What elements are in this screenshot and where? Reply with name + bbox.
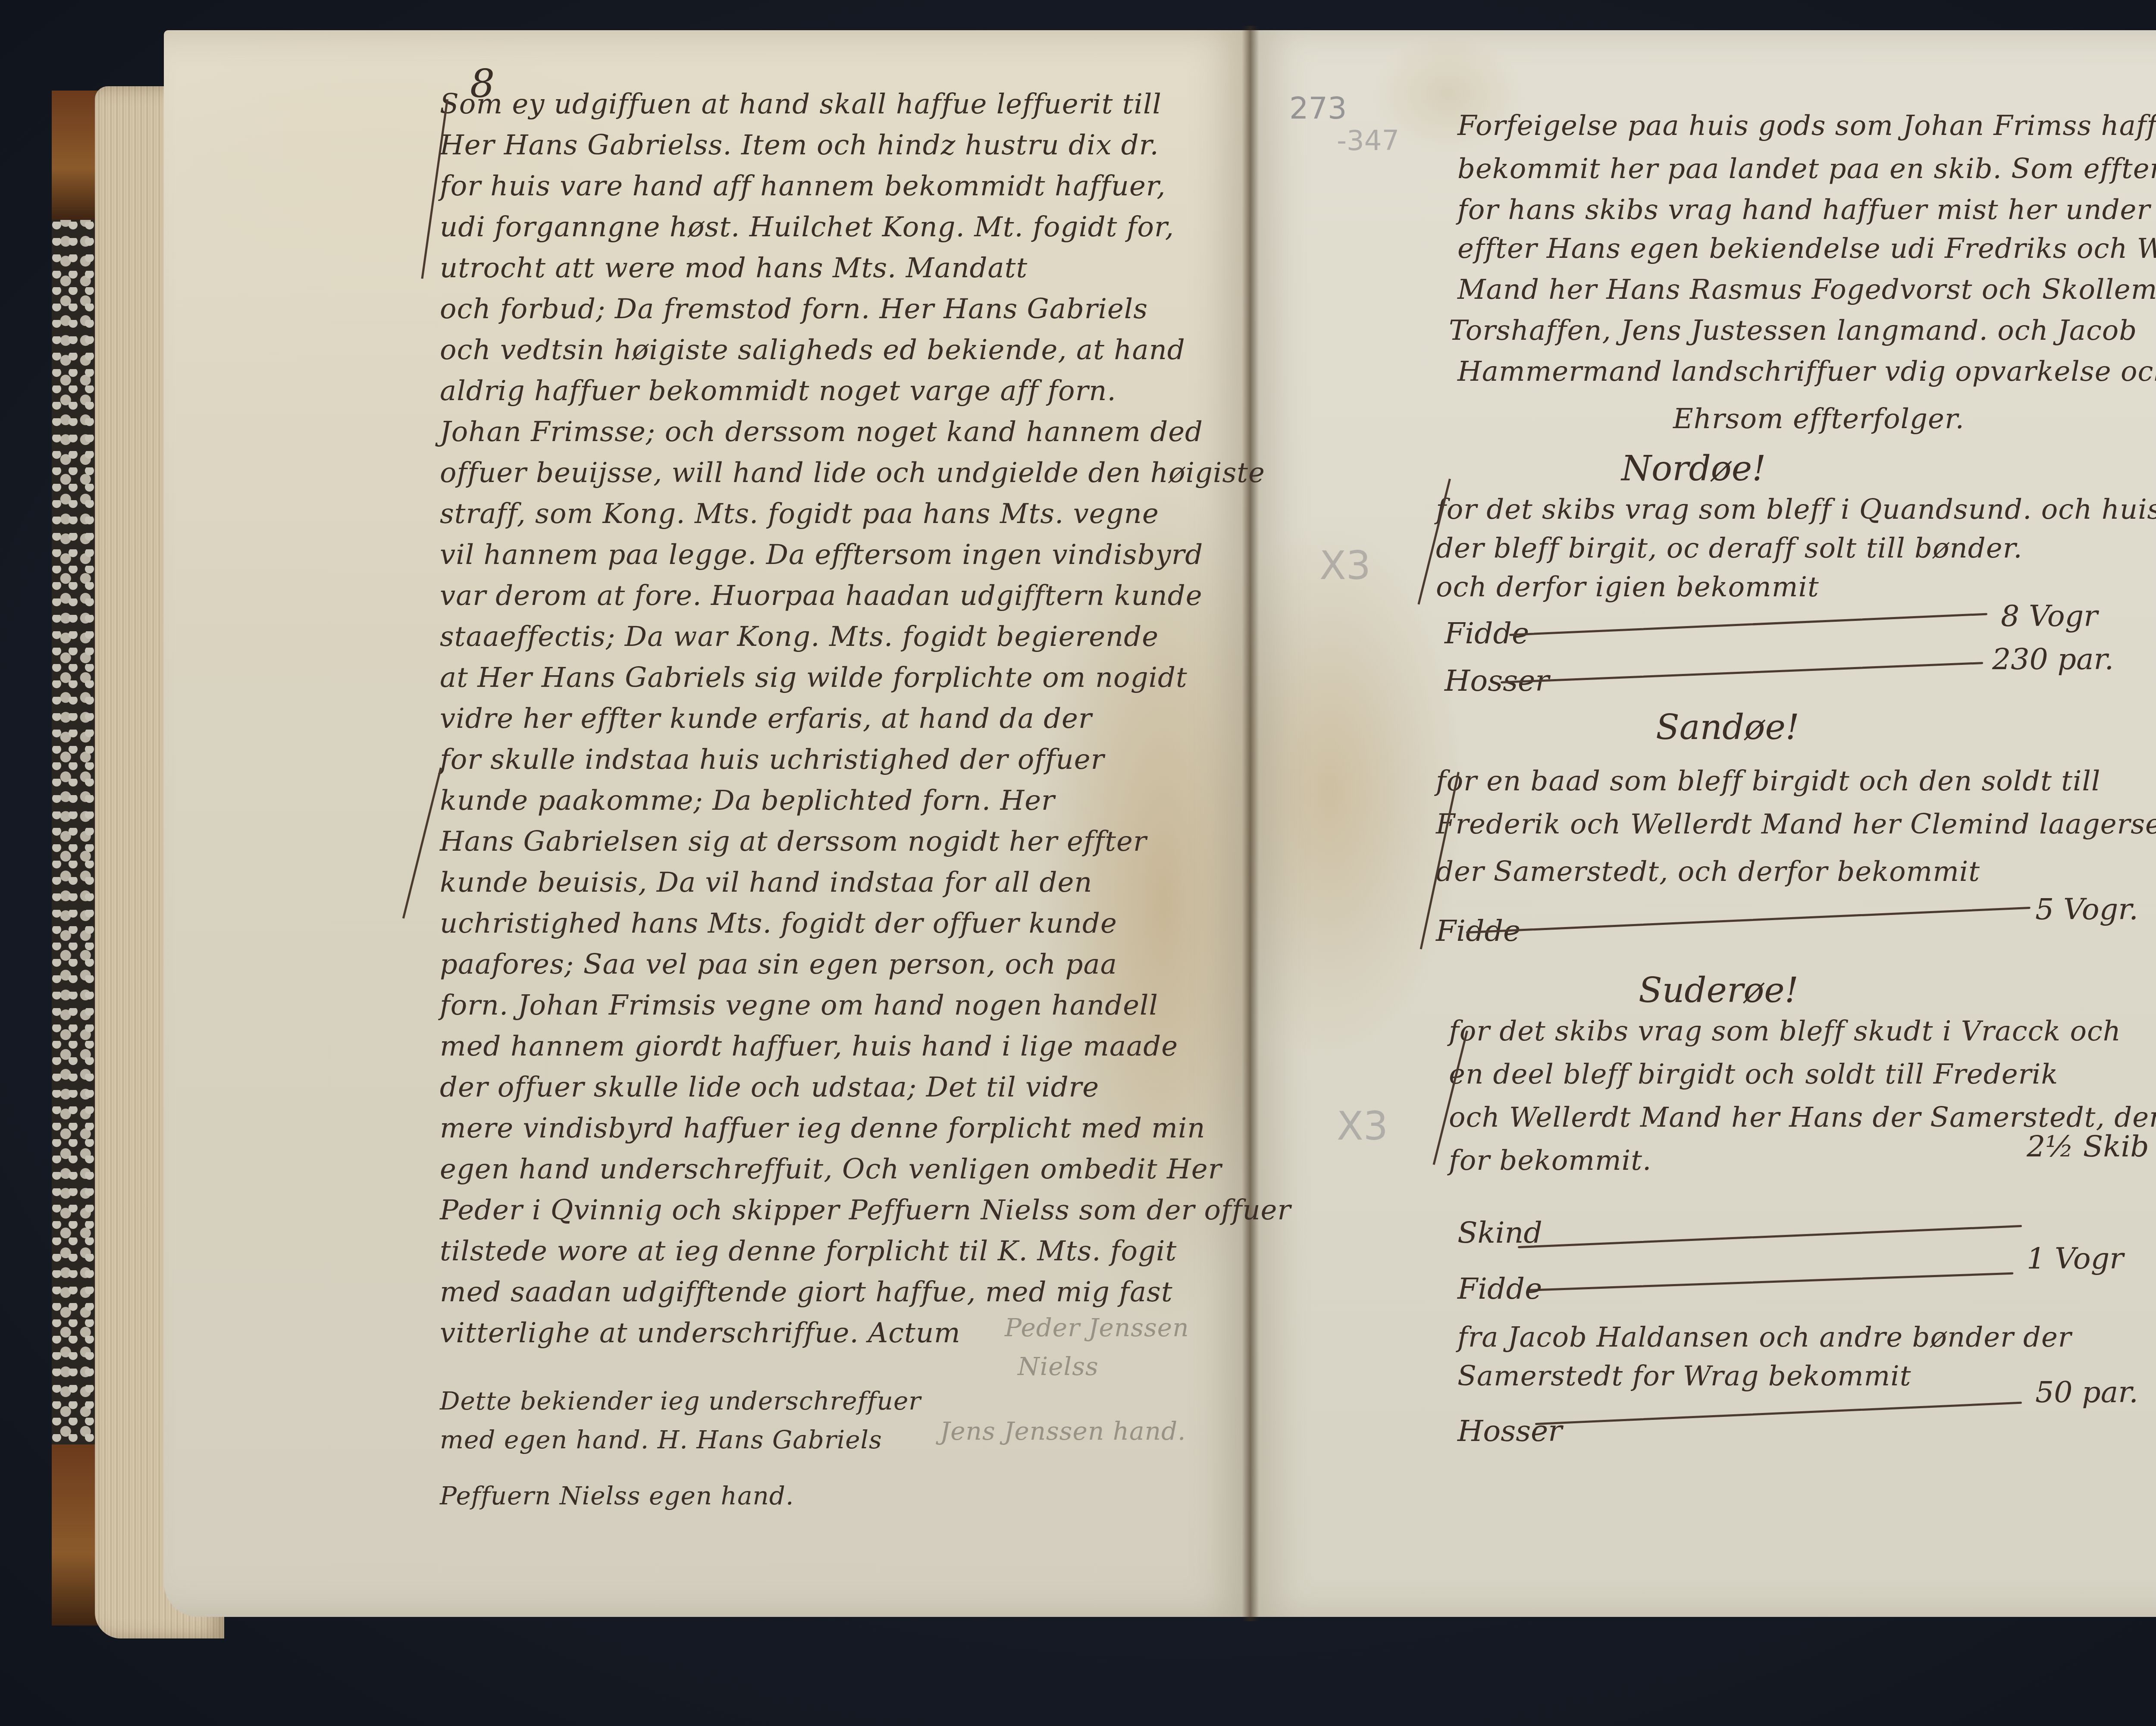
section-heading-suderoe: Suderøe! — [1639, 970, 1799, 1010]
text-line: uchristighed hans Mts. fogidt der offuer… — [440, 910, 1117, 937]
leather-corner-top — [52, 91, 99, 220]
text-line: och Wellerdt Mand her Hans der Samersted… — [1449, 1104, 2156, 1131]
pencil-mark: X3 — [1319, 543, 1371, 589]
text-line: med saadan udgifftende giort haffue, med… — [440, 1278, 1173, 1306]
text-line: egen hand underschreffuit, Och venligen … — [440, 1156, 1222, 1183]
text-line: Forfeigelse paa huis gods som Johan Frim… — [1457, 112, 2156, 140]
text-line: straff, som Kong. Mts. fogidt paa hans M… — [440, 500, 1159, 528]
ledger-amount: 2½ Skib — [2027, 1130, 2149, 1164]
ledger-amount: 1 Vogr — [2027, 1242, 2124, 1276]
text-line: Samerstedt for Wrag bekommit — [1457, 1363, 1911, 1390]
text-line: utrocht att were mod hans Mts. Mandatt — [440, 254, 1028, 282]
text-line: vidre her effter kunde erfaris, at hand … — [440, 705, 1092, 733]
text-line: Johan Frimsse; och derssom noget kand ha… — [440, 418, 1203, 446]
text-line: Hans Gabrielsen sig at derssom nogidt he… — [440, 828, 1147, 855]
text-line: mere vindisbyrd haffuer ieg denne forpli… — [440, 1115, 1206, 1142]
text-line: staaeffectis; Da war Kong. Mts. fogidt b… — [440, 623, 1159, 651]
text-line: Peffuern Nielss egen hand. — [440, 1483, 794, 1508]
text-line: aldrig haffuer bekommidt noget varge aff… — [440, 377, 1116, 405]
text-line: och vedtsin høigiste saligheds ed bekien… — [440, 336, 1185, 364]
ledger-amount: 230 par. — [1992, 642, 2114, 677]
ledger-amount: 50 par. — [2035, 1375, 2138, 1410]
text-line: forn. Johan Frimsis vegne om hand nogen … — [440, 992, 1158, 1019]
text-line: for hans skibs vrag hand haffuer mist he… — [1457, 196, 2156, 224]
text-line: och forbud; Da fremstod forn. Her Hans G… — [440, 295, 1148, 323]
text-line: bekommit her paa landet paa en skib. Som… — [1457, 155, 2156, 183]
text-line: Peder i Qvinnig och skipper Peffuern Nie… — [440, 1197, 1291, 1224]
ledger-item: Hosser — [1457, 1414, 1562, 1448]
text-line: for bekommit. — [1449, 1147, 1651, 1175]
text-line: Torshaffen, Jens Justessen langmand. och… — [1449, 317, 2137, 345]
marginal-signature: Nielss — [1018, 1354, 1099, 1379]
text-line: at Her Hans Gabriels sig wilde forplicht… — [440, 664, 1188, 692]
text-line: Som ey udgiffuen at hand skall haffue le… — [440, 91, 1162, 118]
ledger-item: Skind — [1457, 1216, 1542, 1250]
folio-number: 273 — [1289, 91, 1347, 126]
text-line: med hannem giordt haffuer, huis hand i l… — [440, 1033, 1178, 1060]
text-line: for skulle indstaa huis uchristighed der… — [440, 746, 1104, 774]
text-line: Mand her Hans Rasmus Fogedvorst och Skol… — [1457, 276, 2156, 304]
leather-corner-bottom — [52, 1444, 99, 1626]
text-line: med egen hand. H. Hans Gabriels — [440, 1427, 882, 1452]
text-line: for det skibs vrag som bleff i Quandsund… — [1436, 496, 2156, 523]
text-line: Her Hans Gabrielss. Item och hindz hustr… — [440, 132, 1159, 159]
text-line: udi forganngne høst. Huilchet Kong. Mt. … — [440, 213, 1174, 241]
pencil-mark: -347 — [1337, 125, 1399, 157]
text-line: och derfor igien bekommit — [1436, 573, 1819, 601]
text-line: offuer beuijsse, will hand lide och undg… — [440, 459, 1265, 487]
text-line: paafores; Saa vel paa sin egen person, o… — [440, 951, 1117, 978]
text-line: tilstede wore at ieg denne forplicht til… — [440, 1237, 1177, 1265]
text-line: der Samerstedt, och derfor bekommit — [1436, 858, 1980, 886]
text-line: effter Hans egen bekiendelse udi Fredrik… — [1457, 235, 2156, 263]
text-line: kunde paakomme; Da beplichted forn. Her — [440, 787, 1055, 814]
text-line: vitterlighe at underschriffue. Actum — [440, 1319, 961, 1347]
text-line: var derom at fore. Huorpaa haadan udgiff… — [440, 582, 1203, 610]
text-line: Hammermand landschriffuer vdig opvarkels… — [1457, 358, 2156, 385]
marbled-cover-left — [52, 91, 102, 1626]
section-heading-nordoe: Nordøe! — [1621, 448, 1766, 489]
text-line: Dette bekiender ieg underschreffuer — [440, 1388, 921, 1413]
section-heading-sandoe: Sandøe! — [1656, 707, 1799, 747]
text-line: fra Jacob Haldansen och andre bønder der — [1457, 1324, 2071, 1351]
ledger-item: Fidde — [1457, 1272, 1542, 1306]
pencil-mark: X3 — [1337, 1104, 1388, 1149]
text-line: en deel bleff birgidt och soldt till Fre… — [1449, 1061, 2058, 1088]
text-line: Frederik och Wellerdt Mand her Clemind l… — [1436, 811, 2156, 838]
text-line: vil hannem paa legge. Da efftersom ingen… — [440, 541, 1203, 569]
text-line: der bleff birgit, oc deraff solt till bø… — [1436, 535, 2023, 562]
text-line: kunde beuisis, Da vil hand indstaa for a… — [440, 869, 1092, 896]
book-gutter — [1242, 26, 1259, 1621]
text-line: Ehrsom effterfolger. — [1673, 405, 1965, 433]
text-line: for det skibs vrag som bleff skudt i Vra… — [1449, 1018, 2121, 1045]
text-line: for huis vare hand aff hannem bekommidt … — [440, 172, 1166, 200]
marginal-signature: Jens Jenssen hand. — [940, 1419, 1186, 1444]
text-line: der offuer skulle lide och udstaa; Det t… — [440, 1074, 1099, 1101]
ledger-amount: 8 Vogr — [2001, 599, 2098, 633]
marginal-signature: Peder Jenssen — [1005, 1315, 1189, 1340]
ledger-amount: 5 Vogr. — [2035, 893, 2138, 927]
text-line: for en baad som bleff birgidt och den so… — [1436, 767, 2100, 795]
